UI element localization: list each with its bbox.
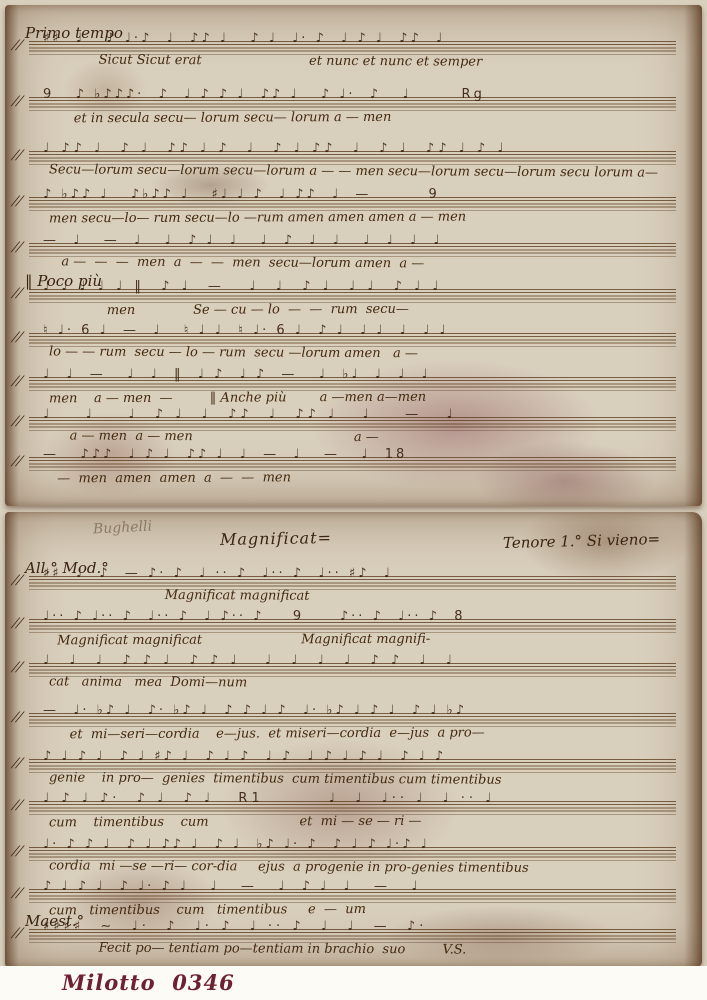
handwritten-notes: ♩· ♪ ♪ ♩ ♪ ♩ ♪♪ ♩ ♪ ♩ ♭♪ ♩· ♪ ♪ ♩ ♪ ♩·♪ …	[43, 837, 676, 852]
handwritten-notes: ♮ ♩· 6 ♩ — ♩ ♮ ♩ ♩ ♮ ♩· 6 ♩ ♪ ♩ ♩ ♩ ♩ ♩ …	[43, 323, 676, 338]
handwritten-notes: ♪ ♩ ♪ ♩ ♪ ♩ ♯♪ ♩ ♪ ♩ ♪ ♩ ♪ ♩ ♪ ♩ ♪ ♩ ♪ ♩…	[43, 749, 676, 764]
staff-left-tick-mark: ∕∕	[11, 38, 25, 53]
lyric-line: Magnificat magnificat Magnificat magnifi…	[49, 631, 676, 649]
handwritten-notes: — ♩ — ♩ ♩ ♪ ♩ ♩ ♩ ♪ ♩ ♩ ♩ ♩ ♩ ♩	[43, 233, 676, 248]
lyric-line: genie in pro— genies timentibus cum time…	[49, 770, 676, 788]
staff-system: ∕∕9 ♪ ♭♪♪♪· ♪ ♩ ♪ ♪ ♩ ♪♪ ♩ ♪ ♩· ♪ ♩ Rg e…	[29, 97, 676, 111]
staff-system: ∕∕♪ ♩ ♪ ♩ ♪ ♩ ♯♪ ♩ ♪ ♩ ♪ ♩ ♪ ♩ ♪ ♩ ♪ ♩ ♪…	[29, 759, 676, 773]
staff-system: ∕∕♪ ♩ ♪ ♩ ♪ ♩· ♪ ♩ ♩ — ♩ ♪ ♩ ♩ — ♩cum ti…	[29, 889, 676, 903]
staff-system: ∕∕Maest.°♯♯♯♯ ∼ ♩· ♪ ♩· ♪ ♩ ·· ♪ ♩ ♩ — ♪…	[29, 929, 676, 943]
lyric-line: Secu—lorum secu—lorum secu—lorum a — — m…	[49, 162, 676, 180]
handwritten-notes: — ♪♪♪ ♩ ♪ ♩ ♪♪ ♩ ♩ — ♩ — ♩ 18	[43, 447, 676, 462]
staff-system: ∕∕♩ ♩ — ♩ ♩ ‖ ♩ ♪ ♩ ♪ — ♩ ♭♩ ♩ ♩ ♩men a …	[29, 377, 676, 391]
staff-left-tick-mark: ∕∕	[11, 886, 25, 901]
lyric-line: men Se — cu — lo — — rum secu—	[49, 301, 676, 319]
pencil-annotation: Bughelli	[93, 518, 153, 537]
staff-system: ∕∕‖ Poco più♩ ♩ ♩ ♩ ♩ ‖ ♪ ♩ — ♩ ♩ ♪ ♩ ♩ …	[29, 289, 676, 303]
staff-left-tick-mark: ∕∕	[11, 710, 25, 725]
handwritten-notes: ♪ ♩ ♪ ♩ ♪ ♩· ♪ ♩ ♩ — ♩ ♪ ♩ ♩ — ♩	[43, 879, 676, 894]
staff-left-tick-mark: ∕∕	[11, 240, 25, 255]
staff-left-tick-mark: ∕∕	[11, 194, 25, 209]
tempo-marking: ‖ Poco più	[25, 272, 102, 290]
staff-system: ∕∕♮ ♩· 6 ♩ — ♩ ♮ ♩ ♩ ♮ ♩· 6 ♩ ♪ ♩ ♩ ♩ ♩ …	[29, 333, 676, 347]
lyric-line: cat anima mea Domi—num	[49, 674, 676, 692]
staff-left-tick-mark: ∕∕	[11, 374, 25, 389]
manuscript-scan: ∕∕Primo tempo♯♯ ♩ ♪ ♩·♪ ♩ ♪♪ ♩ ♪ ♩ ♩· ♪ …	[0, 0, 707, 1000]
staff-system: ∕∕♩·· ♪ ♩·· ♪ ♩·· ♪ ♩ ♪·· ♪ 9 ♪·· ♪ ♩·· …	[29, 619, 676, 633]
handwritten-notes: ♩ ♪♪ ♩ ♪ ♩ ♪♪ ♩ ♪ ♩ ♪ ♩ ♪♪ ♩ ♪ ♩ ♪♪ ♩ ♪ …	[43, 141, 676, 156]
lyric-line: cordia mi —se —ri— cor-dia ejus a progen…	[49, 858, 676, 876]
tempo-marking: Maest.°	[25, 912, 84, 930]
staff-system: ∕∕— ♩ — ♩ ♩ ♪ ♩ ♩ ♩ ♪ ♩ ♩ ♩ ♩ ♩ ♩ a — — …	[29, 243, 676, 257]
staff-left-tick-mark: ∕∕	[11, 148, 25, 163]
lyric-line: a — men a — men a —	[49, 428, 676, 446]
lyric-line: a — — — men a — — men secu—lorum amen a …	[49, 254, 676, 272]
lyric-line: Sicut Sicut erat et nunc et nunc et semp…	[49, 52, 676, 70]
staff-system: ∕∕— ♩· ♭♪ ♩ ♪· ♭♪ ♩ ♪ ♪ ♩ ♪ ♩· ♭♪ ♩ ♪ ♩ …	[29, 713, 676, 727]
lyric-line: cum timentibus cum timentibus e — um	[49, 901, 676, 919]
staff-left-tick-mark: ∕∕	[11, 844, 25, 859]
handwritten-notes: ♩·· ♪ ♩·· ♪ ♩·· ♪ ♩ ♪·· ♪ 9 ♪·· ♪ ♩·· ♪ …	[43, 609, 676, 624]
staff-system: ∕∕♩ ♩ ♩ ♪ ♩ ♩ ♪♪ ♩ ♪♪ ♩ ♩ — ♩ a — men a …	[29, 417, 676, 431]
staff-left-tick-mark: ∕∕	[11, 414, 25, 429]
tempo-marking: All.° Mod.°	[25, 559, 109, 577]
catalog-label: Milotto 0346	[62, 970, 235, 995]
voice-part-annotation: Tenore 1.° Si vieno=	[503, 530, 660, 552]
staff-left-tick-mark: ∕∕	[11, 94, 25, 109]
staff-left-tick-mark: ∕∕	[11, 286, 25, 301]
staff-system: ∕∕— ♪♪♪ ♩ ♪ ♩ ♪♪ ♩ ♩ — ♩ — ♩ 18 — men am…	[29, 457, 676, 471]
handwritten-notes: ♩ ♩ ♩ ♩ ♩ ‖ ♪ ♩ — ♩ ♩ ♪ ♩ ♩ ♩ ♪ ♩ ♩	[43, 279, 676, 294]
handwritten-notes: ♩ ♩ — ♩ ♩ ‖ ♩ ♪ ♩ ♪ — ♩ ♭♩ ♩ ♩ ♩	[43, 367, 676, 382]
handwritten-notes: ♯♯♯♯ ∼ ♩· ♪ ♩· ♪ ♩ ·· ♪ ♩ ♩ — ♪·	[43, 919, 676, 934]
lyric-line: Magnificat magnificat	[49, 587, 676, 605]
handwritten-notes: ♩ ♩ ♩ ♪ ♩ ♩ ♪♪ ♩ ♪♪ ♩ ♩ — ♩	[43, 407, 676, 422]
staff-system: ∕∕♩· ♪ ♪ ♩ ♪ ♩ ♪♪ ♩ ♪ ♩ ♭♪ ♩· ♪ ♪ ♩ ♪ ♩·…	[29, 847, 676, 861]
lyric-line: et in secula secu— lorum secu— lorum a —…	[49, 109, 676, 127]
staff-system: ∕∕Primo tempo♯♯ ♩ ♪ ♩·♪ ♩ ♪♪ ♩ ♪ ♩ ♩· ♪ …	[29, 41, 676, 55]
staff-left-tick-mark: ∕∕	[11, 454, 25, 469]
staff-system: ∕∕♩ ♪♪ ♩ ♪ ♩ ♪♪ ♩ ♪ ♩ ♪ ♩ ♪♪ ♩ ♪ ♩ ♪♪ ♩ …	[29, 151, 676, 165]
page-title-magnificat: Magnificat=	[220, 528, 332, 549]
lyric-line: men secu—lo— rum secu—lo —rum amen amen …	[49, 209, 676, 227]
lyric-line: lo — — rum secu — lo — rum secu —lorum a…	[49, 344, 676, 362]
catalog-strip: Milotto 0346	[0, 966, 707, 1000]
staff-left-tick-mark: ∕∕	[11, 330, 25, 345]
manuscript-page-1: ∕∕Primo tempo♯♯ ♩ ♪ ♩·♪ ♩ ♪♪ ♩ ♪ ♩ ♩· ♪ …	[5, 5, 702, 506]
lyric-line: Fecit po— tentiam po—tentiam in brachio …	[49, 940, 676, 958]
handwritten-notes: ♩ ♪ ♩ ♪· ♪ ♩ ♪ ♩ R1 ♩ ♩ ♩·· ♩ ♩ ·· ♩	[43, 791, 676, 806]
manuscript-page-2: Bughelli Magnificat= Tenore 1.° Si vieno…	[5, 512, 702, 967]
staff-system: ∕∕♩ ♪ ♩ ♪· ♪ ♩ ♪ ♩ R1 ♩ ♩ ♩·· ♩ ♩ ·· ♩cu…	[29, 801, 676, 815]
staff-system: ∕∕All.° Mod.°♯♯ ♩ ♪ — ♪· ♪ ♩ ·· ♪ ♩·· ♪ …	[29, 576, 676, 590]
handwritten-notes: ♯♯ ♩ ♪ ♩·♪ ♩ ♪♪ ♩ ♪ ♩ ♩· ♪ ♩ ♪ ♩ ♪♪ ♩	[43, 31, 676, 46]
handwritten-notes: 9 ♪ ♭♪♪♪· ♪ ♩ ♪ ♪ ♩ ♪♪ ♩ ♪ ♩· ♪ ♩ Rg	[43, 87, 676, 102]
staff-left-tick-mark: ∕∕	[11, 926, 25, 941]
lyric-line: et mi—seri—cordia e—jus. et miseri—cordi…	[49, 725, 676, 743]
staff-system: ∕∕♪ ♭♪♪ ♩ ♪♭♪♪ ♩ ♯♩ ♩ ♪ ♩ ♪♪ ♩ — 9men se…	[29, 197, 676, 211]
handwritten-notes: — ♩· ♭♪ ♩ ♪· ♭♪ ♩ ♪ ♪ ♩ ♪ ♩· ♭♪ ♩ ♪ ♩ ♪ …	[43, 703, 676, 718]
staff-left-tick-mark: ∕∕	[11, 573, 25, 588]
staff-left-tick-mark: ∕∕	[11, 660, 25, 675]
staff-system: ∕∕♩ ♩ ♩ ♪ ♪ ♩ ♪ ♪ ♩ ♩ ♩ ♩ ♩ ♪ ♪ ♩ ♩cat a…	[29, 663, 676, 677]
staff-left-tick-mark: ∕∕	[11, 798, 25, 813]
staff-left-tick-mark: ∕∕	[11, 756, 25, 771]
lyric-line: — men amen amen a — — men	[49, 469, 676, 487]
lyric-line: men a — men — ‖ Anche più a —men a—men	[49, 389, 676, 407]
staff-left-tick-mark: ∕∕	[11, 616, 25, 631]
handwritten-notes: ♯♯ ♩ ♪ — ♪· ♪ ♩ ·· ♪ ♩·· ♪ ♩·· ♯♪ ♩	[43, 566, 676, 581]
handwritten-notes: ♩ ♩ ♩ ♪ ♪ ♩ ♪ ♪ ♩ ♩ ♩ ♩ ♩ ♪ ♪ ♩ ♩	[43, 653, 676, 668]
lyric-line: cum timentibus cum et mi — se — ri —	[49, 813, 676, 831]
handwritten-notes: ♪ ♭♪♪ ♩ ♪♭♪♪ ♩ ♯♩ ♩ ♪ ♩ ♪♪ ♩ — 9	[43, 187, 676, 202]
tempo-marking: Primo tempo	[25, 24, 123, 42]
